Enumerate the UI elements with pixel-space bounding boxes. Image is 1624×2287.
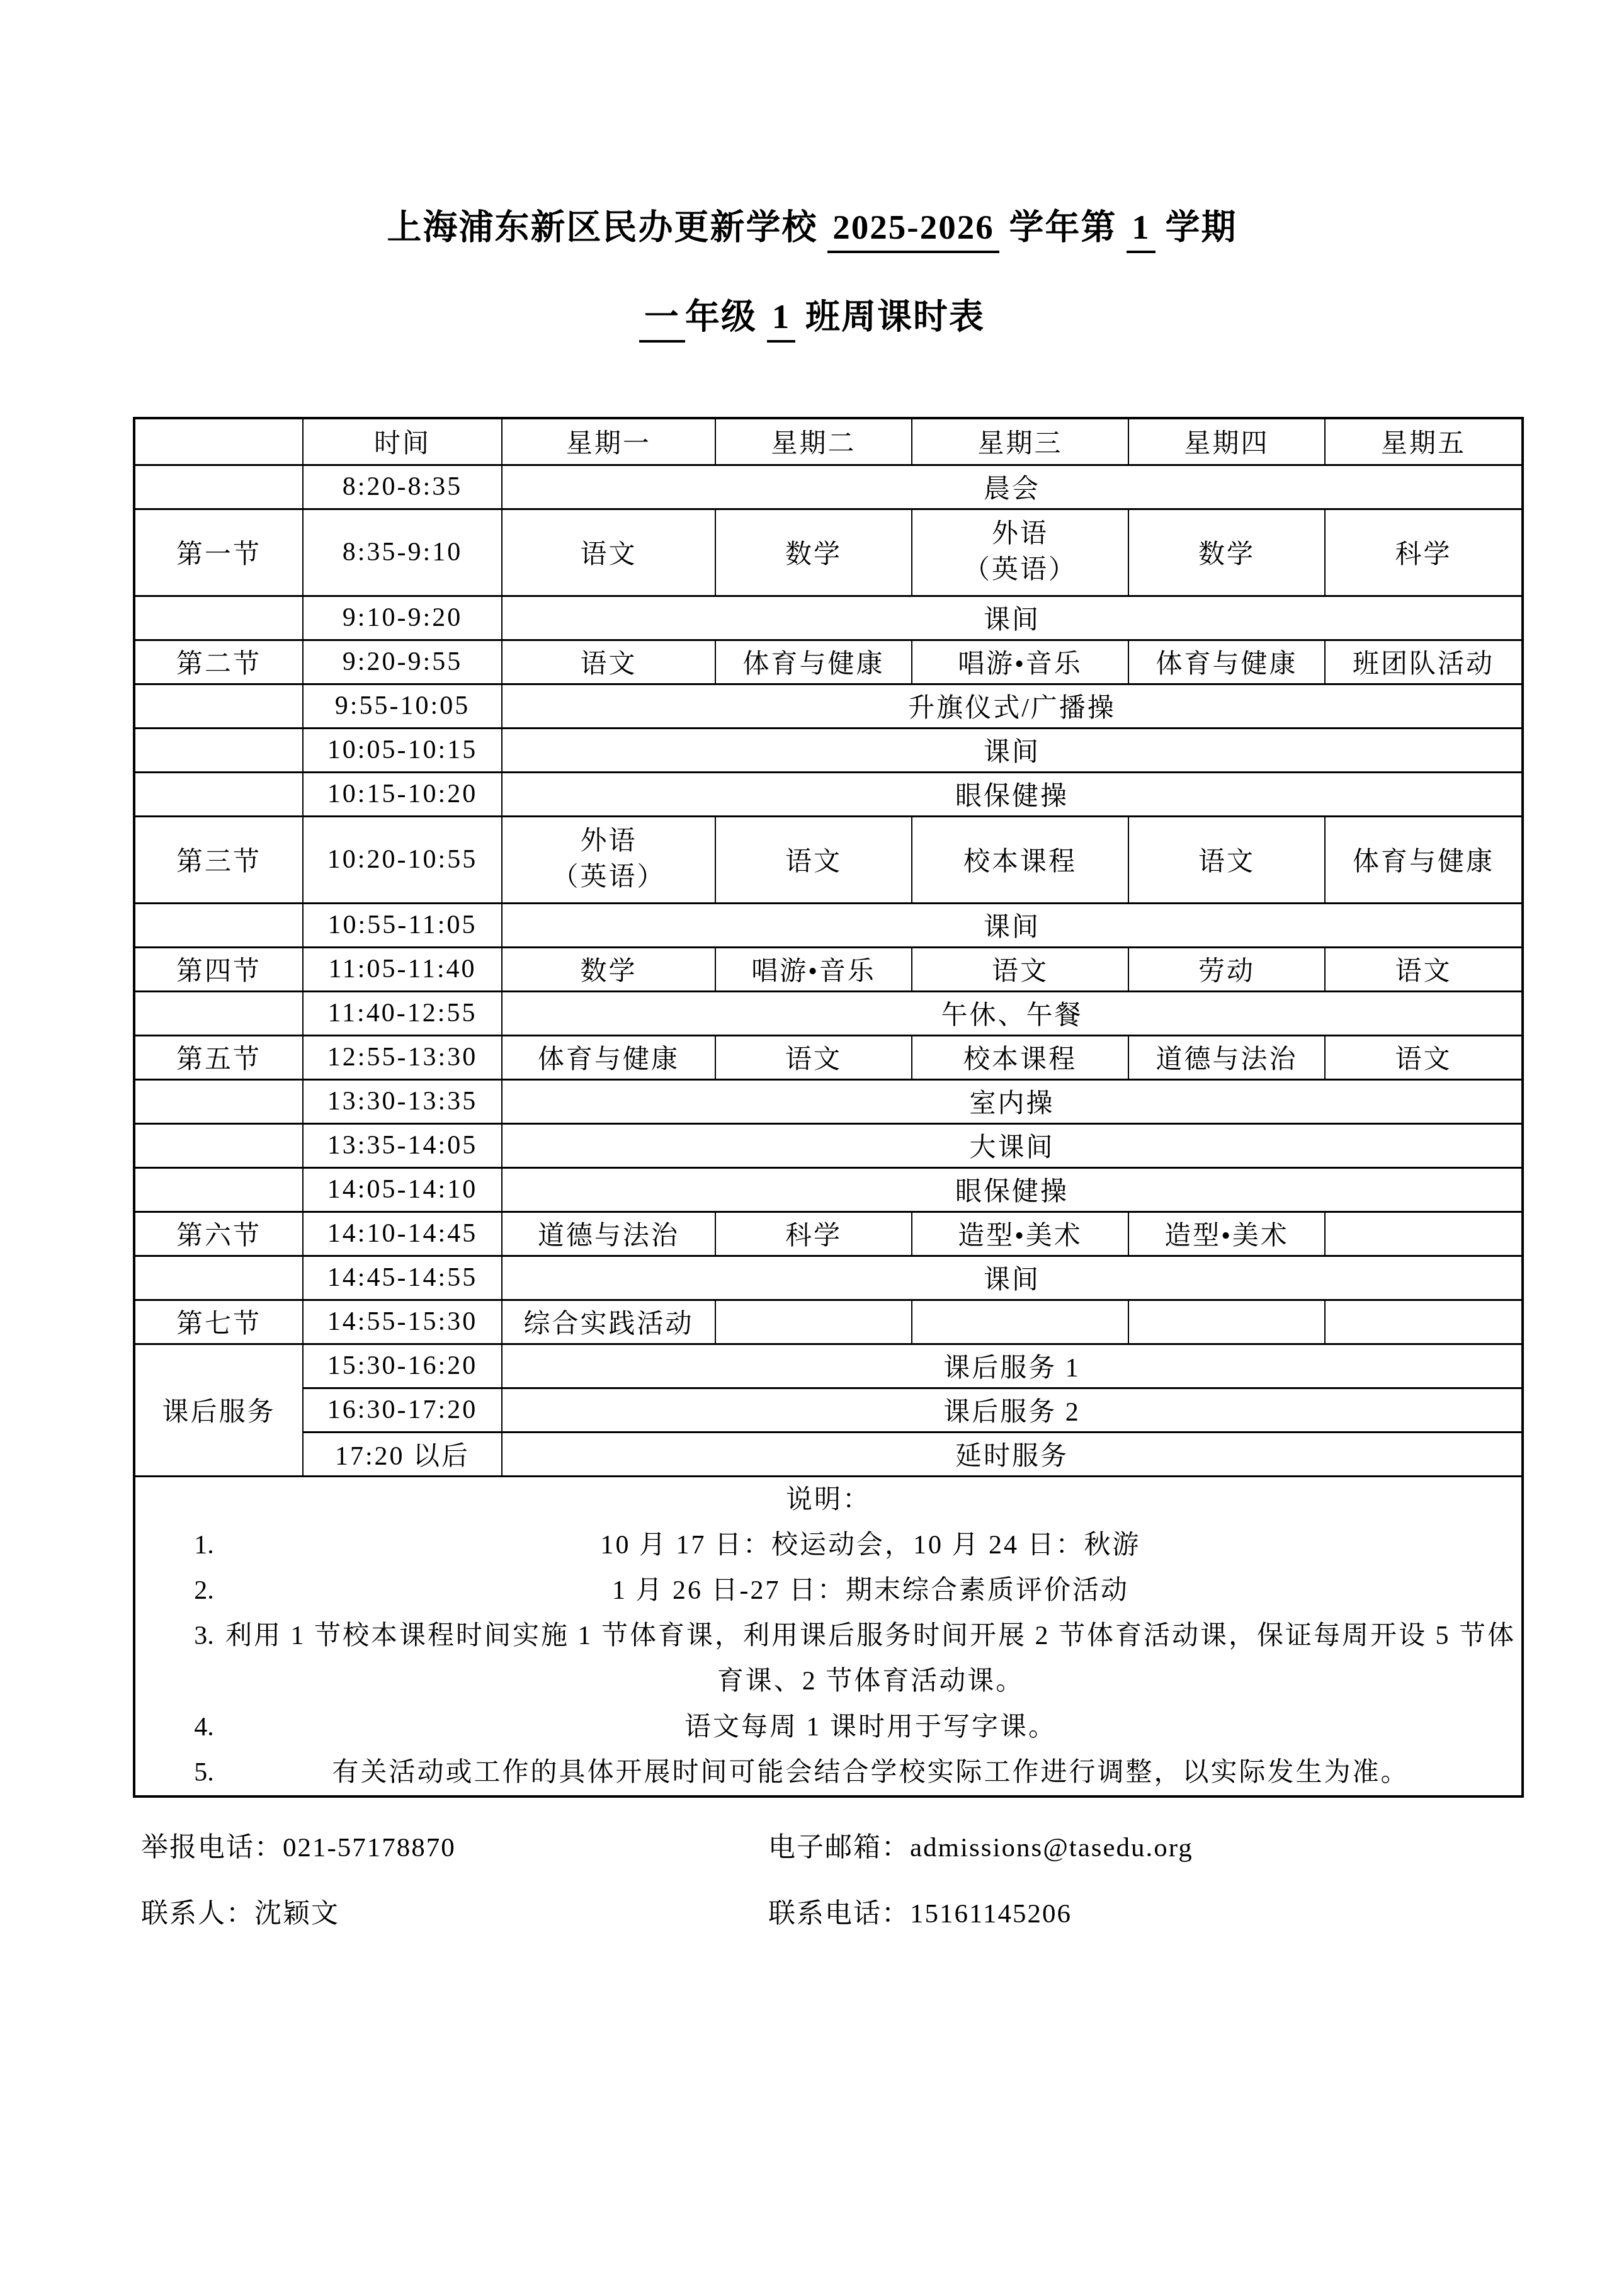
section-cell-empty: [134, 903, 303, 947]
table-row-indoor-exercises: 13:30-13:35 室内操: [134, 1079, 1523, 1123]
title-class-underlined: 1: [767, 298, 796, 343]
report-phone-value: 021-57178870: [283, 1833, 456, 1863]
day-cell: 唱游•音乐: [715, 947, 912, 991]
day-cell: 科学: [715, 1212, 912, 1256]
note-text: 1 月 26 日-27 日：期末综合素质评价活动: [224, 1568, 1521, 1613]
day-cell: 语文: [715, 816, 912, 903]
section-cell: 第二节: [134, 640, 303, 684]
span-activity-cell: 晨会: [502, 465, 1523, 509]
title-school-name: 上海浦东新区民办更新学校: [387, 208, 818, 246]
day-cell: 校本课程: [912, 1035, 1128, 1079]
span-activity-cell: 课间: [502, 596, 1523, 640]
time-cell: 12:55-13:30: [303, 1035, 502, 1079]
day-cell: 唱游•音乐: [912, 640, 1128, 684]
section-cell-empty: [134, 1123, 303, 1167]
day-cell: 道德与法治: [502, 1212, 715, 1256]
table-row-long-break: 13:35-14:05 大课间: [134, 1123, 1523, 1167]
table-row-eye-exercises: 10:15-10:20 眼保健操: [134, 772, 1523, 816]
section-cell-empty: [134, 684, 303, 728]
note-number: 4.: [185, 1705, 224, 1750]
note-number: 2.: [185, 1568, 224, 1613]
day-cell: 班团队活动: [1325, 640, 1523, 684]
note-item: 2.1 月 26 日-27 日：期末综合素质评价活动: [135, 1568, 1521, 1613]
title-post-text: 学期: [1165, 208, 1237, 246]
title-mid-text: 学年第: [1009, 208, 1116, 246]
day-cell: 外语（英语）: [912, 509, 1128, 596]
time-cell: 10:05-10:15: [303, 728, 502, 772]
time-cell: 14:45-14:55: [303, 1256, 502, 1300]
day-cell: 道德与法治: [1128, 1035, 1325, 1079]
section-cell-empty: [134, 465, 303, 509]
report-phone-label: 举报电话：: [141, 1833, 283, 1863]
note-number: 1.: [185, 1523, 224, 1568]
span-activity-cell: 延时服务: [502, 1432, 1523, 1476]
time-cell: 10:55-11:05: [303, 903, 502, 947]
table-row-after-school-1: 课后服务 15:30-16:20 课后服务 1: [134, 1344, 1523, 1388]
section-cell-empty: [134, 728, 303, 772]
day-cell: 造型•美术: [1128, 1212, 1325, 1256]
section-cell-empty: [134, 772, 303, 816]
page-title-line1: 上海浦东新区民办更新学校 2025-2026 学年第 1 学期: [0, 199, 1624, 253]
time-cell: 17:20 以后: [303, 1432, 502, 1476]
note-text: 10 月 17 日：校运动会，10 月 24 日：秋游: [224, 1523, 1521, 1568]
section-cell-after-school: 课后服务: [134, 1344, 303, 1476]
note-text: 语文每周 1 课时用于写字课。: [224, 1705, 1521, 1750]
notes-heading: 说明：: [135, 1477, 1521, 1523]
span-activity-cell: 室内操: [502, 1079, 1523, 1123]
title-term-underlined: 1: [1127, 208, 1156, 253]
section-cell: 第四节: [134, 947, 303, 991]
contact-footer: 举报电话：021-57178870 电子邮箱：admissions@tasedu…: [141, 1826, 1514, 1931]
time-cell: 8:35-9:10: [303, 509, 502, 596]
span-activity-cell: 课间: [502, 903, 1523, 947]
day-cell: 数学: [715, 509, 912, 596]
header-day-friday: 星期五: [1325, 418, 1523, 465]
time-cell: 14:55-15:30: [303, 1300, 502, 1344]
day-cell: 语文: [1325, 947, 1523, 991]
day-cell: 语文: [1325, 1035, 1523, 1079]
day-cell-empty: [912, 1300, 1128, 1344]
span-activity-cell: 眼保健操: [502, 772, 1523, 816]
title-school-year-underlined: 2025-2026: [827, 208, 999, 253]
section-cell: 第六节: [134, 1212, 303, 1256]
span-activity-cell: 课后服务 1: [502, 1344, 1523, 1388]
title-table-name: 班周课时表: [805, 297, 985, 336]
note-item: 4.语文每周 1 课时用于写字课。: [135, 1705, 1521, 1750]
span-activity-cell: 课间: [502, 728, 1523, 772]
table-row-period-4: 第四节 11:05-11:40 数学 唱游•音乐 语文 劳动 语文: [134, 947, 1523, 991]
table-row-period-1: 第一节 8:35-9:10 语文 数学 外语（英语） 数学 科学: [134, 509, 1523, 596]
contact-phone: 联系电话：15161145206: [768, 1892, 1514, 1931]
table-row-eye-exercises: 14:05-14:10 眼保健操: [134, 1167, 1523, 1212]
note-number: 5.: [185, 1750, 224, 1795]
header-day-thursday: 星期四: [1128, 418, 1325, 465]
day-cell-empty: [1128, 1300, 1325, 1344]
time-cell: 9:20-9:55: [303, 640, 502, 684]
table-row-after-school-2: 16:30-17:20 课后服务 2: [134, 1388, 1523, 1432]
day-cell-line: 外语: [912, 516, 1128, 552]
time-cell: 16:30-17:20: [303, 1388, 502, 1432]
day-cell: 语文: [715, 1035, 912, 1079]
day-cell: 体育与健康: [1325, 816, 1523, 903]
time-cell: 11:05-11:40: [303, 947, 502, 991]
header-day-wednesday: 星期三: [912, 418, 1128, 465]
table-row-break: 14:45-14:55 课间: [134, 1256, 1523, 1300]
table-row-morning-meeting: 8:20-8:35 晨会: [134, 465, 1523, 509]
day-cell: 语文: [502, 640, 715, 684]
day-cell-empty: [715, 1300, 912, 1344]
day-cell: 校本课程: [912, 816, 1128, 903]
section-cell: 第一节: [134, 509, 303, 596]
day-cell-empty: [1325, 1300, 1523, 1344]
day-cell: 数学: [1128, 509, 1325, 596]
section-cell-empty: [134, 1167, 303, 1212]
note-text: 利用 1 节校本课程时间实施 1 节体育课，利用课后服务时间开展 2 节体育活动…: [224, 1613, 1521, 1704]
time-cell: 14:10-14:45: [303, 1212, 502, 1256]
contact-person: 联系人：沈颖文: [141, 1892, 768, 1931]
section-cell: 第三节: [134, 816, 303, 903]
table-row-break: 10:55-11:05 课间: [134, 903, 1523, 947]
contact-phone-label: 联系电话：: [768, 1899, 910, 1929]
document-page: 上海浦东新区民办更新学校 2025-2026 学年第 1 学期 一年级 1 班周…: [0, 0, 1624, 2287]
title-grade-text: 年级: [685, 297, 757, 336]
day-cell-empty: [1325, 1212, 1523, 1256]
header-day-monday: 星期一: [502, 418, 715, 465]
header-day-tuesday: 星期二: [715, 418, 912, 465]
day-cell: 语文: [1128, 816, 1325, 903]
table-row-flag-ceremony: 9:55-10:05 升旗仪式/广播操: [134, 684, 1523, 728]
span-activity-cell: 大课间: [502, 1123, 1523, 1167]
table-row-extended-service: 17:20 以后 延时服务: [134, 1432, 1523, 1476]
section-cell: 第七节: [134, 1300, 303, 1344]
table-row-period-6: 第六节 14:10-14:45 道德与法治 科学 造型•美术 造型•美术: [134, 1212, 1523, 1256]
note-text: 有关活动或工作的具体开展时间可能会结合学校实际工作进行调整，以实际发生为准。: [224, 1750, 1521, 1795]
table-row-period-2: 第二节 9:20-9:55 语文 体育与健康 唱游•音乐 体育与健康 班团队活动: [134, 640, 1523, 684]
weekly-timetable: 时间 星期一 星期二 星期三 星期四 星期五 8:20-8:35 晨会 第一节 …: [133, 417, 1524, 1798]
time-cell: 15:30-16:20: [303, 1344, 502, 1388]
contact-person-label: 联系人：: [141, 1899, 254, 1929]
table-row-break: 9:10-9:20 课间: [134, 596, 1523, 640]
time-cell: 9:55-10:05: [303, 684, 502, 728]
day-cell: 造型•美术: [912, 1212, 1128, 1256]
section-cell-empty: [134, 1256, 303, 1300]
day-cell: 体育与健康: [715, 640, 912, 684]
time-cell: 13:30-13:35: [303, 1079, 502, 1123]
table-row-period-7: 第七节 14:55-15:30 综合实践活动: [134, 1300, 1523, 1344]
note-number: 3.: [185, 1613, 224, 1659]
email: 电子邮箱：admissions@tasedu.org: [768, 1826, 1514, 1864]
span-activity-cell: 午休、午餐: [502, 991, 1523, 1035]
day-cell: 体育与健康: [502, 1035, 715, 1079]
day-cell: 体育与健康: [1128, 640, 1325, 684]
page-title-line2: 一年级 1 班周课时表: [0, 288, 1624, 343]
day-cell-line: （英语）: [503, 860, 715, 895]
report-phone: 举报电话：021-57178870: [141, 1826, 768, 1864]
day-cell: 外语（英语）: [502, 816, 715, 903]
note-item: 5.有关活动或工作的具体开展时间可能会结合学校实际工作进行调整，以实际发生为准。: [135, 1750, 1521, 1795]
note-item: 1.10 月 17 日：校运动会，10 月 24 日：秋游: [135, 1523, 1521, 1568]
note-item: 3.利用 1 节校本课程时间实施 1 节体育课，利用课后服务时间开展 2 节体育…: [135, 1613, 1521, 1704]
section-cell-empty: [134, 991, 303, 1035]
time-cell: 10:15-10:20: [303, 772, 502, 816]
header-time-cell: 时间: [303, 418, 502, 465]
section-cell-empty: [134, 596, 303, 640]
span-activity-cell: 眼保健操: [502, 1167, 1523, 1212]
header-blank-cell: [134, 418, 303, 465]
section-cell-empty: [134, 1079, 303, 1123]
day-cell: 综合实践活动: [502, 1300, 715, 1344]
title-grade-underlined: 一: [639, 298, 685, 343]
span-activity-cell: 课后服务 2: [502, 1388, 1523, 1432]
email-label: 电子邮箱：: [768, 1833, 910, 1863]
table-header-row: 时间 星期一 星期二 星期三 星期四 星期五: [134, 418, 1523, 465]
time-cell: 8:20-8:35: [303, 465, 502, 509]
contact-phone-value: 15161145206: [910, 1899, 1072, 1929]
span-activity-cell: 课间: [502, 1256, 1523, 1300]
day-cell: 语文: [502, 509, 715, 596]
day-cell-line: （英语）: [912, 552, 1128, 588]
section-cell: 第五节: [134, 1035, 303, 1079]
day-cell: 劳动: [1128, 947, 1325, 991]
time-cell: 9:10-9:20: [303, 596, 502, 640]
table-row-lunch: 11:40-12:55 午休、午餐: [134, 991, 1523, 1035]
day-cell-line: 外语: [503, 824, 715, 860]
time-cell: 10:20-10:55: [303, 816, 502, 903]
table-row-period-5: 第五节 12:55-13:30 体育与健康 语文 校本课程 道德与法治 语文: [134, 1035, 1523, 1079]
day-cell: 科学: [1325, 509, 1523, 596]
span-activity-cell: 升旗仪式/广播操: [502, 684, 1523, 728]
table-row-break: 10:05-10:15 课间: [134, 728, 1523, 772]
day-cell: 数学: [502, 947, 715, 991]
email-value: admissions@tasedu.org: [910, 1833, 1193, 1863]
day-cell: 语文: [912, 947, 1128, 991]
notes-row: 说明： 1.10 月 17 日：校运动会，10 月 24 日：秋游 2.1 月 …: [134, 1476, 1523, 1796]
notes-cell: 说明： 1.10 月 17 日：校运动会，10 月 24 日：秋游 2.1 月 …: [134, 1476, 1523, 1796]
time-cell: 11:40-12:55: [303, 991, 502, 1035]
contact-person-value: 沈颖文: [254, 1899, 339, 1929]
time-cell: 13:35-14:05: [303, 1123, 502, 1167]
table-row-period-3: 第三节 10:20-10:55 外语（英语） 语文 校本课程 语文 体育与健康: [134, 816, 1523, 903]
time-cell: 14:05-14:10: [303, 1167, 502, 1212]
